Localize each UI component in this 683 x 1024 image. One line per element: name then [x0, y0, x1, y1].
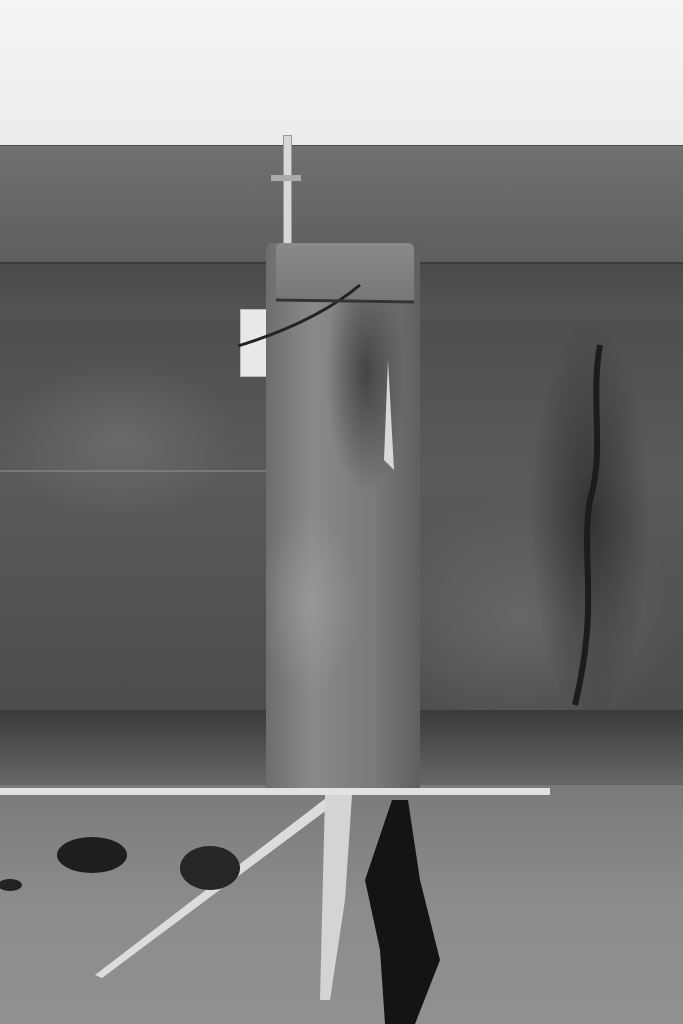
ground-puddle — [0, 879, 22, 891]
pillar-streak — [384, 360, 394, 470]
ground-puddle — [180, 846, 240, 890]
scene-details — [0, 0, 683, 1024]
wall-crack — [575, 345, 600, 705]
cable — [238, 285, 360, 346]
painted-vertical-line — [320, 795, 352, 1000]
painted-horizontal-line — [0, 788, 550, 795]
ground-stain — [365, 800, 440, 1024]
pillar-strap — [276, 300, 414, 302]
photo-scene — [0, 0, 683, 1024]
ground-puddle — [57, 837, 127, 873]
